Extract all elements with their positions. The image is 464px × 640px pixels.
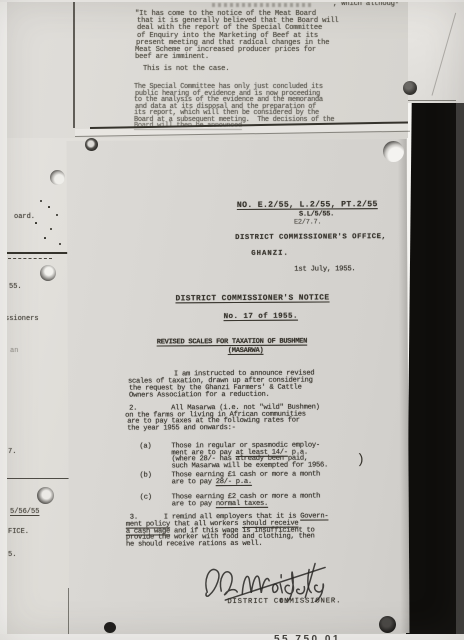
subject-line: REVISED SCALES FOR TAXATION OF BUSHMEN [157,338,307,347]
left-paper-fragment: 55. [9,283,22,291]
underlined-text: normal taxes. [216,499,268,507]
left-paper-fragment: FICE. [8,528,29,536]
left-paper-fragment: oard. [14,213,35,221]
dust-speck [56,214,58,216]
paper-fastener [50,170,65,185]
item-label: (b) [140,472,152,480]
left-paper-fragment: ssioners [5,315,39,323]
handwritten-signature [197,547,347,603]
dust-speck [44,237,46,239]
dust-speck [40,200,42,202]
photo-caption-cutoff: 55 750 01 [274,634,341,640]
dark-stud [104,622,116,633]
paper-fastener [40,265,56,281]
body-line: such Masarwa will be exempted for 1956. [171,461,328,470]
memo-cutoff-line: , which althoug- [333,2,399,8]
memo-strip-paper: , which althoug- "It has come to the not… [7,2,408,138]
paper-fastener [85,138,98,151]
item-label: (a) [139,443,151,451]
date-line: 1st July, 1955. [294,265,355,273]
subject-line: (MASARWA) [228,347,264,355]
black-backdrop [406,103,458,634]
underlined-text: 28/- p.a. [216,477,252,485]
photo-border [0,0,7,640]
underlined-text: Govern- [300,512,328,520]
reference-number: NO. E.2/55, L.2/55, PT.2/55 [237,200,378,210]
text-segment: are to pay [172,500,216,508]
reference-number: E2/7.7. [294,218,321,226]
body-line: he should receive rations as well. [126,539,262,548]
office-line: DISTRICT COMMISSIONER'S OFFICE, [235,233,386,242]
oversize-paren: ) [356,452,365,468]
paper-fastener [383,141,404,162]
left-paper-fragment: 7. [8,448,16,456]
paper-fastener [37,487,54,504]
dark-stud [379,616,396,633]
body-line: are to pay 28/- p.a. [172,477,252,485]
main-document: NO. E.2/55, L.2/55, PT.2/55 S.L/5/55. E2… [66,139,409,635]
notice-number: No. 17 of 1955. [224,313,298,321]
memo-line: deal with the report of the Special Comm… [137,24,322,32]
photo-border [0,634,464,640]
archival-photo-of-documents: { "memo": { "top_cut": ", which althoug-… [0,0,464,640]
place-line: GHANZI. [251,250,289,258]
left-paper-fragment: 5/56/55 [10,508,39,516]
body-line: are to pay normal taxes. [172,499,268,508]
illegible-smudge [212,3,312,7]
memo-line: beef are imminent. [135,53,209,61]
dust-speck [35,222,37,224]
left-paper-fragment: 5. [8,551,16,559]
punch-hole [403,81,417,95]
item-label: (c) [140,494,152,502]
text-segment: are to pay [172,478,216,486]
left-paper-fragment: an [10,347,18,355]
dust-speck [59,243,61,245]
dust-speck [50,228,52,230]
dust-speck [48,206,50,208]
signatory-title: DISTRICT COMMISSIONER. [227,597,341,606]
memo-line: This is not the case. [143,65,229,73]
notice-heading: DISTRICT COMMISSIONER'S NOTICE [175,293,329,303]
photo-right-edge [456,103,464,634]
body-line: the year 1955 and onwards:- [127,424,235,433]
body-line: Owners Association for a reduction. [129,391,270,400]
paper-edge-line [7,478,73,479]
perforated-edge-line [8,258,52,259]
photo-border [0,0,464,2]
paper-edge-line [73,2,75,128]
